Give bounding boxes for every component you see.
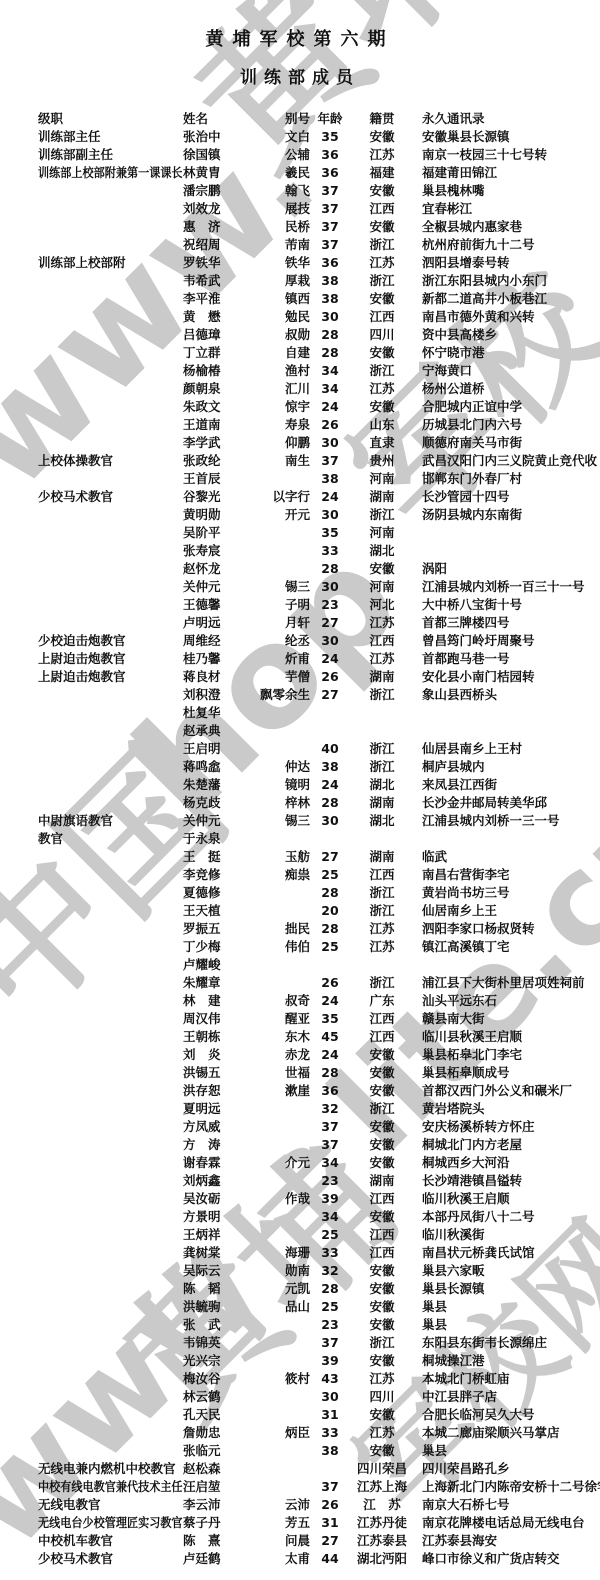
cell-rank [38, 848, 183, 866]
cell-alias [240, 1406, 310, 1424]
cell-origin: 江西 [350, 1010, 414, 1028]
cell-origin: 安徽 [350, 1118, 414, 1136]
table-row: 王 挺 玉舫 27 湖南 临武 [0, 848, 600, 866]
cell-address: 长沙靖港镇昌镒转 [414, 1172, 522, 1190]
cell-rank: 训练部上校部附兼第一课课长 [38, 164, 183, 182]
table-row: 潘宗鹏 翰飞 37 安徽 巢县槐林嘴 [0, 182, 600, 200]
cell-name: 谢春霖 [183, 1154, 240, 1172]
cell-origin: 江西 [350, 308, 414, 326]
cell-origin: 浙江 [350, 362, 414, 380]
cell-name: 林云鹤 [183, 1388, 240, 1406]
cell-age: 36 [310, 164, 350, 182]
cell-origin: 贵州 [350, 452, 414, 470]
cell-age: 28 [310, 920, 350, 938]
cell-name: 周汉伟 [183, 1010, 240, 1028]
cell-alias [240, 722, 310, 740]
cell-address: 长沙管园十四号 [414, 488, 510, 506]
table-row: 李学武 仰鹏 30 直隶 顺德府南关马市街 [0, 434, 600, 452]
cell-name: 刘积澄 [183, 686, 240, 704]
cell-name: 朱楚藩 [183, 776, 240, 794]
cell-age: 25 [310, 1226, 350, 1244]
cell-rank [38, 722, 183, 740]
cell-rank [38, 398, 183, 416]
cell-rank [38, 326, 183, 344]
cell-age: 23 [310, 1172, 350, 1190]
cell-name: 詹勋忠 [183, 1424, 240, 1442]
cell-name: 丁立群 [183, 344, 240, 362]
cell-age: 43 [310, 1370, 350, 1388]
cell-address: 浙江东阳县城内小东门 [414, 272, 547, 290]
cell-alias: 伟伯 [240, 938, 310, 956]
cell-address: 宜春彬江 [414, 200, 472, 218]
cell-alias [240, 740, 310, 758]
cell-origin: 江西 [350, 1190, 414, 1208]
header-address: 永久通讯录 [414, 110, 485, 128]
cell-rank [38, 416, 183, 434]
cell-origin: 直隶 [350, 434, 414, 452]
cell-address: 南昌右营街李宅 [414, 866, 510, 884]
cell-origin: 江西 [350, 866, 414, 884]
table-row: 龚树棠 海珊 33 江西 南昌状元桥龚氏试馆 [0, 1244, 600, 1262]
cell-rank [38, 218, 183, 236]
cell-alias [240, 902, 310, 920]
cell-age: 45 [310, 1028, 350, 1046]
cell-rank [38, 902, 183, 920]
cell-alias [240, 1478, 310, 1496]
cell-alias: 南生 [240, 452, 310, 470]
cell-name: 朱耀章 [183, 974, 240, 992]
table-row: 谢春霖 介元 34 安徽 桐城西乡大河沿 [0, 1154, 600, 1172]
cell-rank [38, 578, 183, 596]
cell-alias: 介元 [240, 1154, 310, 1172]
table-row: 颜朝泉 汇川 34 江苏 杨州公道桥 [0, 380, 600, 398]
cell-origin: 江西 [350, 200, 414, 218]
cell-name: 陈 熹 [183, 1532, 240, 1550]
cell-age: 27 [310, 1532, 350, 1550]
cell-alias: 问晨 [240, 1532, 310, 1550]
cell-name: 梅汝谷 [183, 1370, 240, 1388]
cell-age: 37 [310, 1334, 350, 1352]
cell-address: 安庆杨溪桥转方怀庄 [414, 1118, 535, 1136]
cell-address: 巢县六家畈 [414, 1262, 485, 1280]
table-row: 刘效龙 展技 37 江西 宜春彬江 [0, 200, 600, 218]
cell-address: 仙居南乡上王 [414, 902, 497, 920]
cell-address: 杭州府前街九十二号 [414, 236, 535, 254]
table-row: 赵怀龙 28 安徽 涡阳 [0, 560, 600, 578]
cell-name: 关仲元 [183, 578, 240, 596]
cell-address [414, 722, 422, 740]
cell-origin: 湖南 [350, 794, 414, 812]
cell-address [414, 524, 422, 542]
cell-name: 洪毓驹 [183, 1298, 240, 1316]
cell-alias: 太甫 [240, 1550, 310, 1568]
cell-alias: 以字行 [240, 488, 310, 506]
table-row: 中校有线电教官兼代技术主任 汪启堃 37 江苏上海 上海新北门内陈帝安桥十二号徐… [0, 1478, 600, 1496]
cell-age: 30 [310, 308, 350, 326]
cell-origin: 河南 [350, 578, 414, 596]
table-row: 韦锦英 37 浙江 东阳县东街韦长源绵庄 [0, 1334, 600, 1352]
cell-address: 临川县秋溪王启顺 [414, 1028, 522, 1046]
cell-rank: 中校机车教官 [38, 1532, 183, 1550]
table-row: 训练部副主任 徐国镇 公辅 36 江苏 南京一枝园三十七号转 [0, 146, 600, 164]
cell-age: 33 [310, 1244, 350, 1262]
cell-name: 王首辰 [183, 470, 240, 488]
cell-age: 36 [310, 254, 350, 272]
table-row: 赵承典 [0, 722, 600, 740]
cell-rank [38, 1154, 183, 1172]
cell-origin: 浙江 [350, 272, 414, 290]
cell-rank [38, 1370, 183, 1388]
cell-address: 江浦县城内刘桥一三一号 [414, 812, 560, 830]
cell-origin: 广东 [350, 992, 414, 1010]
cell-origin: 四川 [350, 326, 414, 344]
cell-alias: 叔勋 [240, 326, 310, 344]
cell-address: 巢县柘皋顺成号 [414, 1064, 510, 1082]
cell-address: 巢县柘皋北门李宅 [414, 1046, 522, 1064]
cell-address: 武昌汉阳门内三义院黄止竞代收 [414, 452, 597, 470]
cell-name: 张政纶 [183, 452, 240, 470]
cell-age: 37 [310, 452, 350, 470]
cell-rank [38, 506, 183, 524]
cell-address: 本部丹凤街八十二号 [414, 1208, 535, 1226]
cell-alias: 寿泉 [240, 416, 310, 434]
cell-alias: 镇西 [240, 290, 310, 308]
cell-age: 37 [310, 1118, 350, 1136]
table-row: 黄 懋 勉民 30 江西 南昌市德外黄和兴转 [0, 308, 600, 326]
cell-age: 25 [310, 1298, 350, 1316]
cell-address: 巢县 [414, 1442, 447, 1460]
cell-age: 30 [310, 578, 350, 596]
cell-origin: 浙江 [350, 902, 414, 920]
cell-age: 35 [310, 128, 350, 146]
cell-address: 黄岩尚书坊三号 [414, 884, 510, 902]
cell-rank [38, 1172, 183, 1190]
cell-alias [240, 1208, 310, 1226]
header-name: 姓名 [183, 110, 240, 128]
cell-alias: 芾南 [240, 236, 310, 254]
cell-age: 26 [310, 1496, 350, 1514]
cell-rank [38, 884, 183, 902]
cell-name: 关仲元 [183, 812, 240, 830]
cell-age: 24 [310, 992, 350, 1010]
cell-name: 吴际云 [183, 1262, 240, 1280]
table-row: 朱耀章 26 浙江 浦江县下大街朴里居项姓祠前 [0, 974, 600, 992]
cell-rank: 无线电台少校管理匠实习教官 [38, 1514, 183, 1532]
cell-alias: 梓林 [240, 794, 310, 812]
cell-address: 南昌市德外黄和兴转 [414, 308, 535, 326]
cell-alias: 东木 [240, 1028, 310, 1046]
cell-name: 卢明远 [183, 614, 240, 632]
cell-origin: 河南 [350, 524, 414, 542]
cell-alias: 芳五 [240, 1514, 310, 1532]
cell-age: 35 [310, 524, 350, 542]
cell-address [414, 704, 422, 722]
cell-name: 蔡子丹 [183, 1514, 240, 1532]
cell-rank [38, 524, 183, 542]
cell-name: 王启明 [183, 740, 240, 758]
cell-alias: 公辅 [240, 146, 310, 164]
cell-alias [240, 1226, 310, 1244]
table-row: 张 武 23 安徽 巢县 [0, 1316, 600, 1334]
cell-address: 巢县长源镇 [414, 1280, 485, 1298]
cell-address: 象山县西桥头 [414, 686, 497, 704]
cell-rank: 少校马术教官 [38, 1550, 183, 1568]
cell-address: 合肥城内正谊中学 [414, 398, 522, 416]
header-rank: 级职 [38, 110, 183, 128]
cell-address: 四川荣昌路孔乡 [414, 1460, 510, 1478]
table-row: 孔天民 31 安徽 合肥长临河吴久大号 [0, 1406, 600, 1424]
cell-origin: 浙江 [350, 974, 414, 992]
cell-name: 张寿宸 [183, 542, 240, 560]
table-row: 方凤威 37 安徽 安庆杨溪桥转方怀庄 [0, 1118, 600, 1136]
cell-alias: 痴祟 [240, 866, 310, 884]
cell-name: 汪启堃 [183, 1478, 240, 1496]
cell-name: 方景明 [183, 1208, 240, 1226]
cell-address: 本城北门桥虹庙 [414, 1370, 510, 1388]
cell-alias: 锡三 [240, 578, 310, 596]
table-row: 夏德修 28 浙江 黄岩尚书坊三号 [0, 884, 600, 902]
cell-name: 朱政文 [183, 398, 240, 416]
cell-alias: 民桥 [240, 218, 310, 236]
cell-alias: 仰鹏 [240, 434, 310, 452]
cell-address [414, 956, 422, 974]
cell-address: 新都二道高井小板巷江 [414, 290, 547, 308]
cell-name: 夏德修 [183, 884, 240, 902]
cell-age: 24 [310, 398, 350, 416]
cell-name: 黄 懋 [183, 308, 240, 326]
cell-age: 28 [310, 884, 350, 902]
table-row: 杨克歧 梓林 28 湖南 长沙金井邮局转美华邱 [0, 794, 600, 812]
cell-age: 37 [310, 182, 350, 200]
cell-address: 长沙金井邮局转美华邱 [414, 794, 547, 812]
cell-address: 桐庐县城内 [414, 758, 485, 776]
cell-name: 丁少梅 [183, 938, 240, 956]
cell-alias: 漱崖 [240, 1082, 310, 1100]
cell-origin: 浙江 [350, 236, 414, 254]
cell-alias [240, 1100, 310, 1118]
cell-alias: 汇川 [240, 380, 310, 398]
cell-alias [240, 1334, 310, 1352]
cell-address: 来凤县江西街 [414, 776, 497, 794]
cell-alias [240, 560, 310, 578]
cell-age: 39 [310, 1352, 350, 1370]
cell-origin: 福建 [350, 164, 414, 182]
cell-address: 南昌状元桥龚氏试馆 [414, 1244, 535, 1262]
cell-alias: 云沛 [240, 1496, 310, 1514]
table-row: 王德馨 子明 23 河北 大中桥八宝街十号 [0, 596, 600, 614]
cell-name: 陈 韬 [183, 1280, 240, 1298]
cell-alias: 自建 [240, 344, 310, 362]
cell-name: 吴汝砺 [183, 1190, 240, 1208]
cell-name: 吴阶平 [183, 524, 240, 542]
cell-alias [240, 524, 310, 542]
cell-origin [350, 704, 414, 722]
cell-address: 本城二廊庙梁顺兴马掌店 [414, 1424, 560, 1442]
cell-alias [240, 974, 310, 992]
cell-rank: 无线电教官 [38, 1496, 183, 1514]
cell-rank [38, 1208, 183, 1226]
cell-alias [240, 470, 310, 488]
table-row: 洪存恕 漱崖 36 安徽 首都汉西门外公义和碾米厂 [0, 1082, 600, 1100]
cell-age [310, 704, 350, 722]
cell-age: 38 [310, 1442, 350, 1460]
cell-alias: 海珊 [240, 1244, 310, 1262]
cell-address: 中江县胖子店 [414, 1388, 497, 1406]
cell-rank [38, 542, 183, 560]
cell-alias: 惊宇 [240, 398, 310, 416]
table-row: 王首辰 38 河南 邯郸东门外春厂村 [0, 470, 600, 488]
cell-alias: 文白 [240, 128, 310, 146]
cell-alias: 开元 [240, 506, 310, 524]
cell-alias: 厚栽 [240, 272, 310, 290]
cell-origin [350, 830, 414, 848]
cell-address: 福建莆田锦江 [414, 164, 497, 182]
cell-alias: 炘甫 [240, 650, 310, 668]
cell-rank [38, 362, 183, 380]
cell-age: 24 [310, 1046, 350, 1064]
cell-age: 24 [310, 650, 350, 668]
cell-origin: 浙江 [350, 1100, 414, 1118]
table-row: 中校机车教官 陈 熹 问晨 27 江苏泰县 江苏泰县海安 [0, 1532, 600, 1550]
cell-rank [38, 272, 183, 290]
cell-name: 李学武 [183, 434, 240, 452]
cell-rank [38, 992, 183, 1010]
cell-name: 林 建 [183, 992, 240, 1010]
cell-rank: 中校有线电教官兼代技术主任 [38, 1478, 183, 1496]
cell-address: 临川秋溪王启顺 [414, 1190, 510, 1208]
cell-age: 27 [310, 686, 350, 704]
cell-alias [240, 1460, 310, 1478]
table-row: 王炳祥 25 江西 临川秋溪街 [0, 1226, 600, 1244]
cell-age: 20 [310, 902, 350, 920]
cell-name: 桂乃馨 [183, 650, 240, 668]
cell-name: 方 涛 [183, 1136, 240, 1154]
cell-rank [38, 956, 183, 974]
cell-origin: 安徽 [350, 1298, 414, 1316]
cell-age: 23 [310, 1316, 350, 1334]
cell-rank: 少校马术教官 [38, 488, 183, 506]
cell-rank [38, 1028, 183, 1046]
cell-address [414, 830, 422, 848]
cell-age: 25 [310, 866, 350, 884]
cell-address: 桐城操江港 [414, 1352, 485, 1370]
cell-address: 南京花牌楼电话总局无线电台 [414, 1514, 585, 1532]
cell-name: 李云沛 [183, 1496, 240, 1514]
cell-age: 38 [310, 758, 350, 776]
table-row: 黄明勋 开元 30 浙江 汤阴县城内东南街 [0, 506, 600, 524]
cell-origin: 湖南 [350, 668, 414, 686]
cell-address: 安化县小南门桔园转 [414, 668, 535, 686]
cell-name: 祝绍周 [183, 236, 240, 254]
cell-origin: 安徽 [350, 1082, 414, 1100]
cell-origin: 安徽 [350, 1154, 414, 1172]
cell-rank [38, 866, 183, 884]
cell-rank [38, 704, 183, 722]
cell-age [310, 956, 350, 974]
cell-origin: 江西 [350, 1244, 414, 1262]
cell-age: 40 [310, 740, 350, 758]
cell-address: 峰口市徐义和广货店转交 [414, 1550, 560, 1568]
cell-alias [240, 956, 310, 974]
cell-address: 浦江县下大街朴里居项姓祠前 [414, 974, 585, 992]
table-row: 王启明 40 浙江 仙居县南乡上王村 [0, 740, 600, 758]
table-row: 刘炳鑫 23 湖南 长沙靖港镇昌镒转 [0, 1172, 600, 1190]
cell-address: 曾昌筠门岭圩周聚号 [414, 632, 535, 650]
cell-origin: 浙江 [350, 884, 414, 902]
cell-address: 江苏泰县海安 [414, 1532, 497, 1550]
cell-origin: 安徽 [350, 1064, 414, 1082]
cell-rank [38, 974, 183, 992]
cell-age: 27 [310, 614, 350, 632]
cell-alias: 筱村 [240, 1370, 310, 1388]
cell-name: 韦希武 [183, 272, 240, 290]
cell-name: 龚树棠 [183, 1244, 240, 1262]
cell-origin: 江苏 [350, 1370, 414, 1388]
table-row: 无线电台少校管理匠实习教官 蔡子丹 芳五 31 江苏丹徒 南京花牌楼电话总局无线… [0, 1514, 600, 1532]
cell-origin: 河南 [350, 470, 414, 488]
cell-origin: 湖北 [350, 776, 414, 794]
cell-origin: 浙江 [350, 740, 414, 758]
cell-origin: 江苏 [350, 614, 414, 632]
cell-address [414, 542, 422, 560]
cell-alias [240, 1442, 310, 1460]
cell-rank [38, 1406, 183, 1424]
cell-origin: 江苏上海 [350, 1478, 414, 1496]
cell-age: 31 [310, 1514, 350, 1532]
table-row: 杜复华 [0, 704, 600, 722]
cell-rank [38, 1352, 183, 1370]
cell-address: 泗阳李家口杨叔贤转 [414, 920, 535, 938]
header-origin: 籍贯 [350, 110, 414, 128]
cell-alias [240, 542, 310, 560]
cell-name: 刘效龙 [183, 200, 240, 218]
cell-origin: 安徽 [350, 398, 414, 416]
table-row: 李平淮 镇西 38 安徽 新都二道高井小板巷江 [0, 290, 600, 308]
cell-age: 37 [310, 1478, 350, 1496]
cell-name: 杨克歧 [183, 794, 240, 812]
cell-alias: 铁华 [240, 254, 310, 272]
cell-address: 历城县北门内六号 [414, 416, 522, 434]
cell-name: 林黄胄 [183, 164, 240, 182]
cell-age: 37 [310, 1136, 350, 1154]
cell-age [310, 1460, 350, 1478]
table-row: 陈 韬 元凯 28 安徽 巢县长源镇 [0, 1280, 600, 1298]
cell-name: 王朝栋 [183, 1028, 240, 1046]
cell-origin: 江苏 [350, 146, 414, 164]
cell-origin: 浙江 [350, 758, 414, 776]
cell-age: 28 [310, 1064, 350, 1082]
cell-age: 28 [310, 344, 350, 362]
cell-alias [240, 1172, 310, 1190]
cell-name: 王德馨 [183, 596, 240, 614]
table-row: 少校迫击炮教官 周维经 纶丞 30 江西 曾昌筠门岭圩周聚号 [0, 632, 600, 650]
table-row: 吴汝砺 作哉 39 江西 临川秋溪王启顺 [0, 1190, 600, 1208]
cell-name: 周维经 [183, 632, 240, 650]
cell-rank: 教官 [38, 830, 183, 848]
cell-origin: 江苏 [350, 938, 414, 956]
cell-rank [38, 1100, 183, 1118]
cell-origin: 安徽 [350, 1136, 414, 1154]
cell-name: 黄明勋 [183, 506, 240, 524]
cell-alias: 锡三 [240, 812, 310, 830]
table-row: 王朝栋 东木 45 江西 临川县秋溪王启顺 [0, 1028, 600, 1046]
table-row: 卢明远 月轩 27 江苏 首都三牌楼四号 [0, 614, 600, 632]
cell-address: 怀宁晓市港 [414, 344, 485, 362]
cell-address: 邯郸东门外春厂村 [414, 470, 522, 488]
cell-alias: 飘零余生 [240, 686, 310, 704]
table-row: 李竞修 痴祟 25 江西 南昌右营街李宅 [0, 866, 600, 884]
cell-address: 南京大石桥七号 [414, 1496, 510, 1514]
